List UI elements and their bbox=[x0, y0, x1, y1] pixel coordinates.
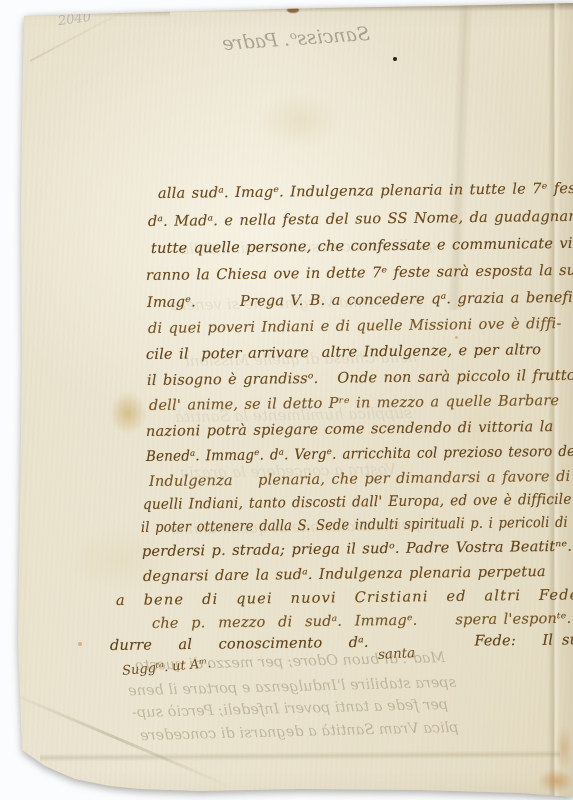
bleedthrough-line: Madᵃ. di buon Odore; per mezzo di questo bbox=[135, 650, 446, 674]
horizontal-fold-crease bbox=[40, 750, 560, 762]
ink-speck bbox=[393, 57, 397, 61]
top-edge-shadow bbox=[150, 2, 573, 13]
manuscript-line: quelli Indiani, tanto discosti dall' Eur… bbox=[143, 492, 572, 513]
closing-abbreviation: Suggᵗᵃ. ut Aᵐ. bbox=[122, 656, 212, 679]
manuscript-line: il poter ottenere dalla S. Sede indulti … bbox=[141, 515, 568, 536]
manuscript-line: alla sudᵃ. Imagᵉ. Indulgenza plenaria in… bbox=[158, 181, 573, 202]
bleedthrough-ghost-line: Beatissima Vergine che si venera bbox=[170, 292, 422, 314]
scanned-letter: 2040 Sancissᵒ. Padre quella miracolosa I… bbox=[0, 0, 573, 800]
bleedthrough-ghost-line: supplica humilmente la Santità bbox=[175, 404, 412, 426]
diagonal-crease-top-left bbox=[30, 4, 137, 62]
bleedthrough-line: per fede a tanti poveri Infedeli; Perciò… bbox=[132, 697, 449, 721]
vertical-crease-upper bbox=[447, 0, 474, 310]
bleedthrough-line: spera stabilire l'Indulgenza e portare i… bbox=[128, 675, 456, 700]
bleedthrough-ghost-line: per consolazione di quelle anime bbox=[170, 516, 420, 538]
manuscript-line: a bene di quei nuovi Cristiani ed altri … bbox=[116, 587, 573, 609]
diagonal-crease-bottom-left bbox=[1, 688, 232, 788]
bleedthrough-ghost-line: Vostra a concedere la grazia bbox=[180, 460, 397, 482]
manuscript-line: Indulgenza plenaria, che per dimandarsi … bbox=[149, 469, 571, 490]
rust-spot-bottom-left bbox=[5, 763, 20, 776]
paper-sheet: 2040 Sancissᵒ. Padre quella miracolosa I… bbox=[0, 0, 573, 800]
interlinear-insertion: santa bbox=[378, 645, 416, 663]
bleedthrough-ghost-line: nella Chiesa di quelle Missioni bbox=[185, 348, 418, 370]
manuscript-line: perdersi p. strada; priega il sudᵒ. Padr… bbox=[142, 539, 573, 560]
manuscript-line: dell' anime, se il detto Pʳᵉ in mezzo a … bbox=[149, 393, 559, 414]
brown-speck-top-edge bbox=[287, 7, 299, 13]
manuscript-line: durre al conoscimento dᵃ. Fede: Il suo bbox=[110, 632, 573, 654]
manuscript-line: Benedᵃ. Immagᵉ. dᵃ. Vergᵉ. arricchita co… bbox=[146, 444, 573, 465]
manuscript-line: dᵃ. Madᵃ. e nella festa del suo SS Nome,… bbox=[148, 208, 573, 230]
manuscript-line: degnarsi dare la sudᵃ. Indulgenza plenar… bbox=[143, 564, 546, 585]
bleedthrough-line: plica Vram Santità a degnarsi di concede… bbox=[140, 720, 459, 744]
bleedthrough-heading: Sancissᵒ. Padre bbox=[221, 23, 370, 55]
archival-pencil-mark: 2040 bbox=[57, 10, 92, 29]
top-edge-shadow-left bbox=[20, 11, 170, 17]
manuscript-line: ranno la Chiesa ove in dette 7ᵉ feste sa… bbox=[146, 263, 573, 284]
yellow-stain bbox=[110, 392, 146, 434]
manuscript-line: cile il poter arrivare altre Indulgenze,… bbox=[146, 342, 541, 363]
paper-shadow: 2040 Sancissᵒ. Padre quella miracolosa I… bbox=[0, 0, 573, 800]
manuscript-line: Imagᵉ. Prega V. B. a concedere qᵃ. grazi… bbox=[147, 290, 573, 311]
small-speck bbox=[455, 336, 458, 339]
manuscript-line: di quei poveri Indiani e di quelle Missi… bbox=[148, 316, 562, 337]
bleedthrough-ghost-line: quella miracolosa Immagine della bbox=[180, 236, 438, 258]
orange-stain-right-edge bbox=[556, 726, 572, 770]
orange-stain-bottom-right bbox=[538, 769, 573, 793]
manuscript-line: nazioni potrà spiegare come scendendo di… bbox=[146, 419, 554, 440]
manuscript-line: tutte quelle persone, che confessate e c… bbox=[151, 235, 573, 257]
manuscript-line: che p. mezzo di sudᵃ. Immagᵉ. spera l'es… bbox=[152, 610, 573, 632]
vertical-fold-crease bbox=[548, 0, 560, 800]
small-speck bbox=[78, 642, 82, 646]
manuscript-line: il bisogno è grandissᵒ. Onde non sarà pi… bbox=[147, 368, 573, 389]
